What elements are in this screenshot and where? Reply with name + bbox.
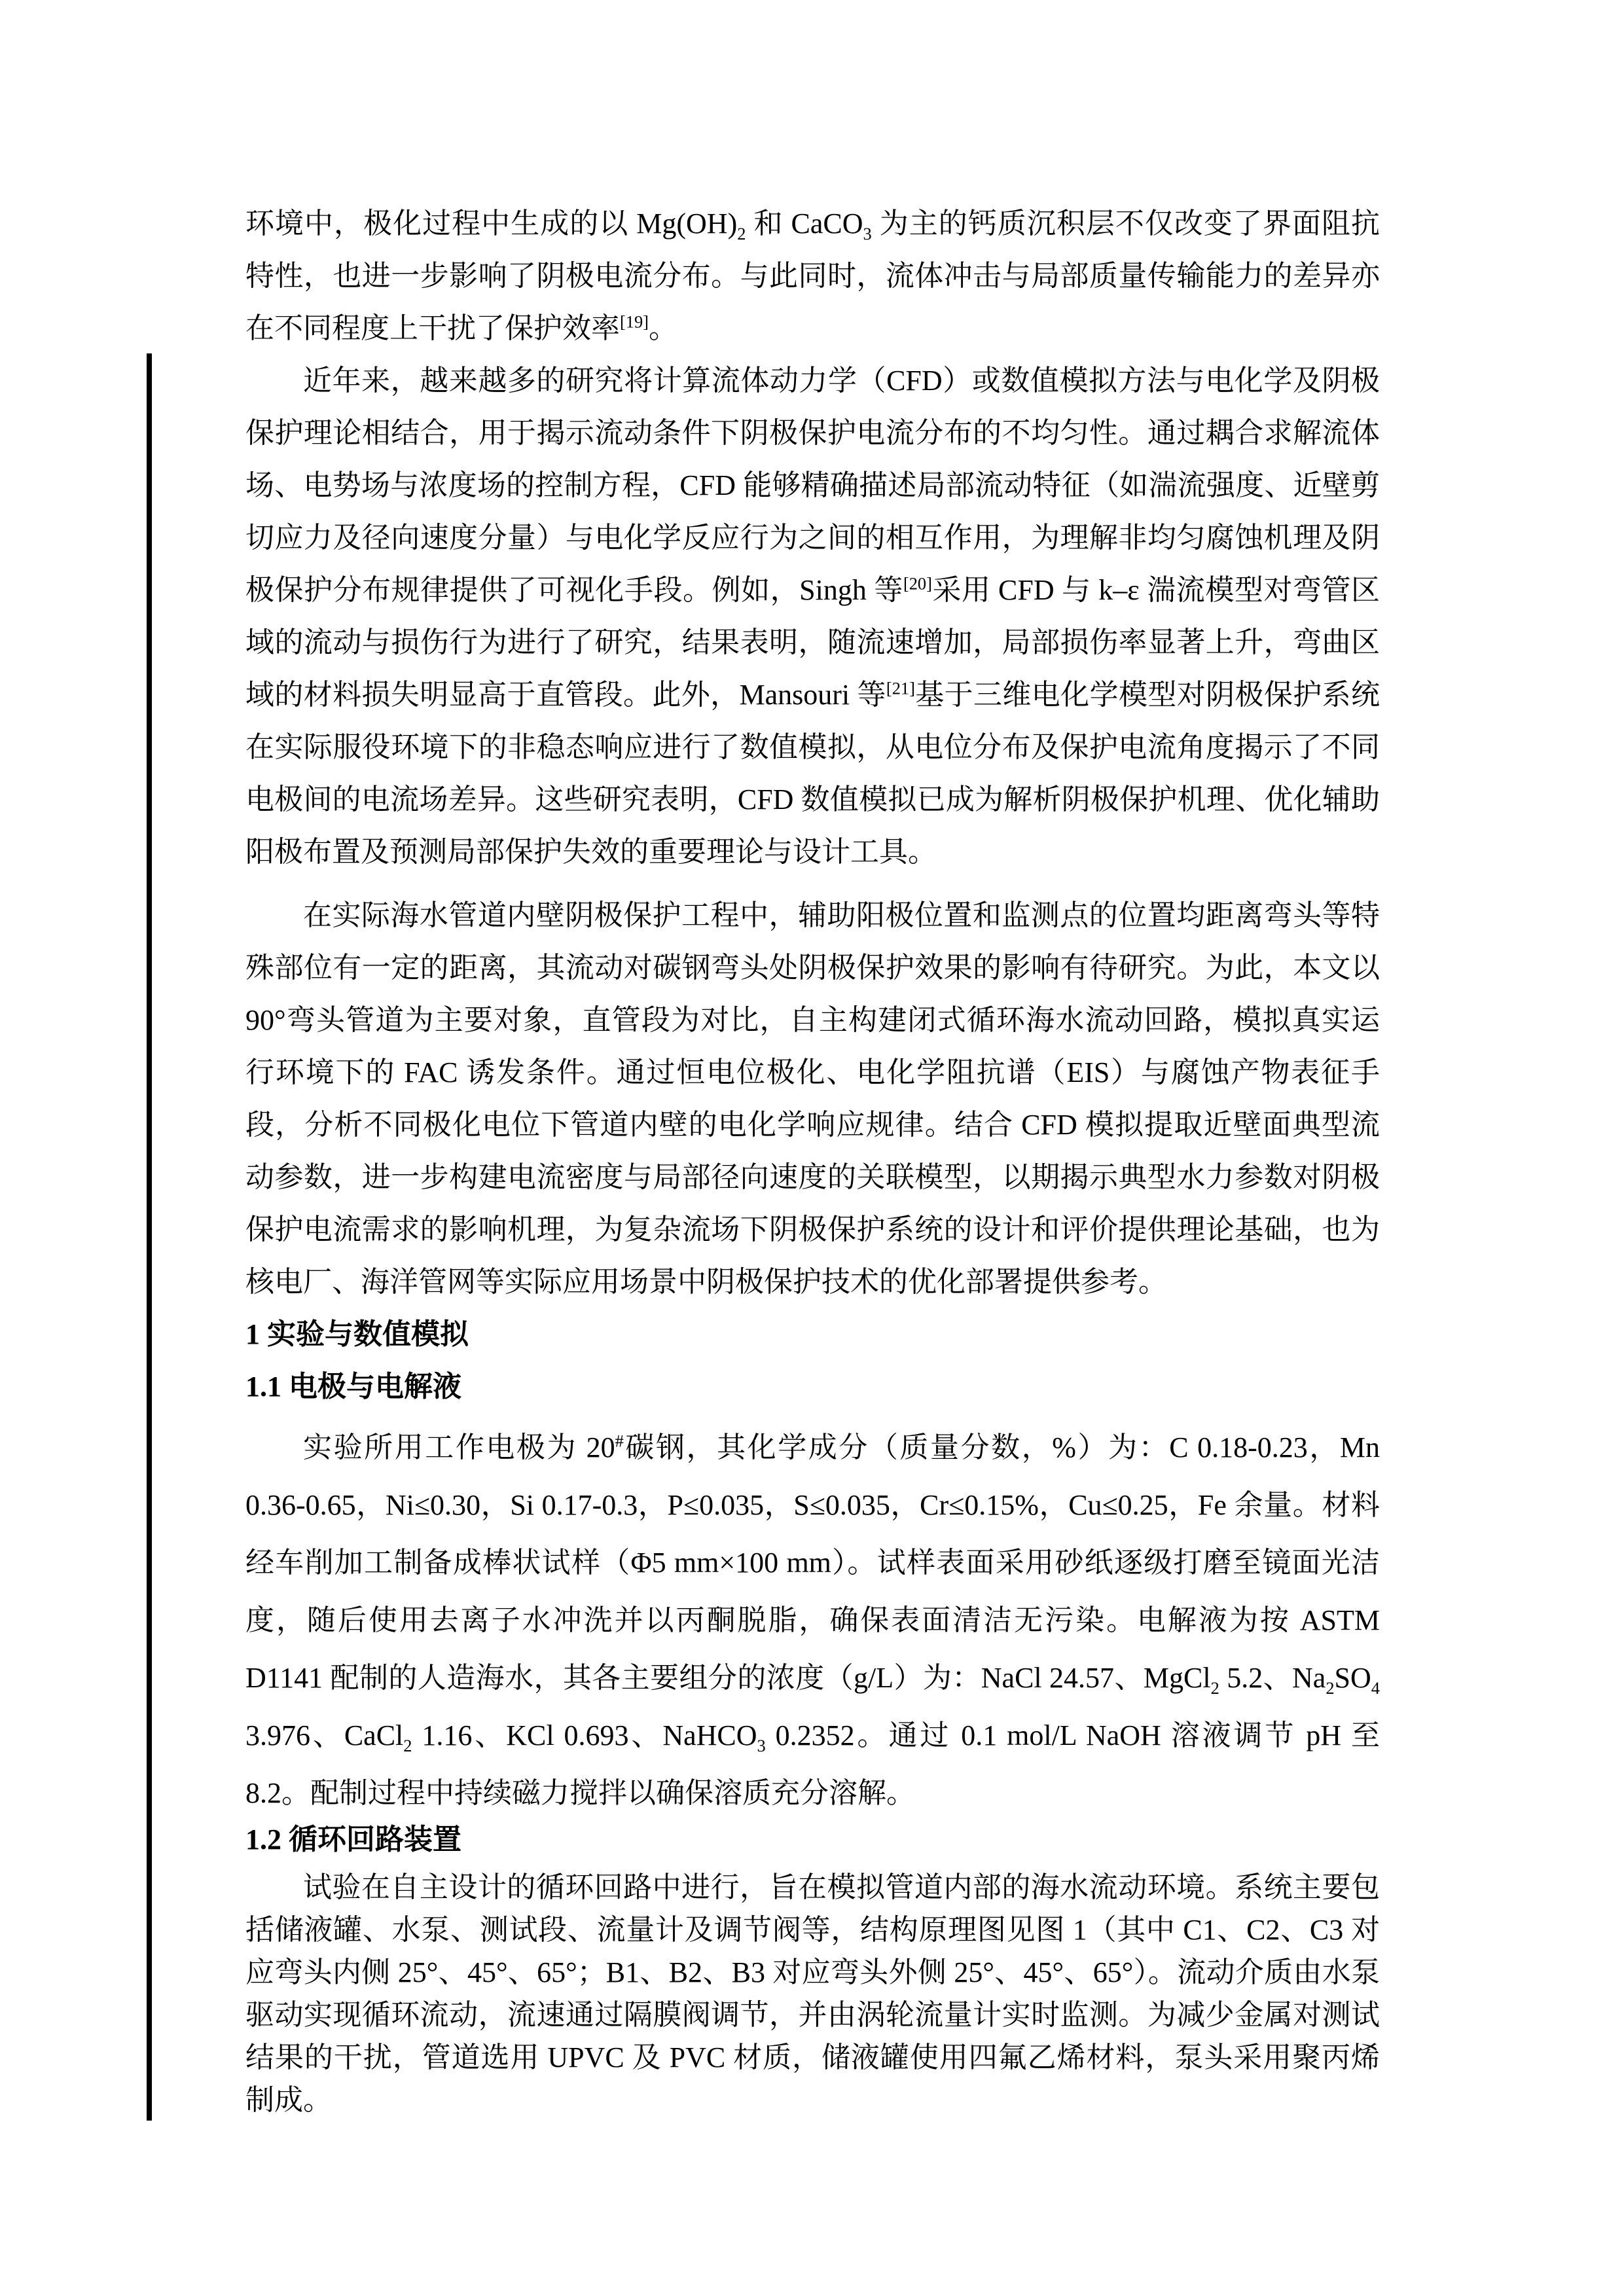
section-heading-h-1-2: 1.2 循环回路装置: [245, 1817, 1380, 1863]
subscript-run: 4: [1371, 1678, 1380, 1698]
superscript-run: [21]: [886, 678, 915, 698]
subscript-run: 3: [757, 1736, 766, 1755]
revision-change-bar: [147, 353, 152, 2121]
text-run: 1.2 循环回路装置: [245, 1823, 461, 1856]
text-run: 1.16、KCl 0.693、NaHCO: [412, 1719, 757, 1751]
text-run: 和 CaCO: [746, 207, 863, 240]
text-run: 实验所用工作电极为 20: [303, 1431, 615, 1463]
superscript-run: #: [615, 1431, 624, 1450]
text-run: 1.1 电极与电解液: [245, 1371, 461, 1403]
manuscript-page: 环境中，极化过程中生成的以 Mg(OH)2 和 CaCO3 为主的钙质沉积层不仅…: [0, 0, 1624, 2296]
text-run: 环境中，极化过程中生成的以 Mg(OH): [245, 207, 737, 240]
subscript-run: 2: [1326, 1678, 1334, 1698]
paragraph-p5: 试验在自主设计的循环回路中进行，旨在模拟管道内部的海水流动环境。系统主要包括储液…: [245, 1866, 1380, 2121]
section-heading-h-1-1: 1.1 电极与电解液: [245, 1361, 1380, 1413]
text-run: 碳钢，其化学成分（质量分数，%）为：C 0.18-0.23，Mn 0.36-0.…: [245, 1431, 1387, 1694]
text-run: 5.2、Na: [1219, 1662, 1326, 1694]
subscript-run: 3: [863, 224, 872, 243]
paragraph-p2: 近年来，越来越多的研究将计算流体动力学（CFD）或数值模拟方法与电化学及阴极保护…: [245, 355, 1380, 878]
text-run: 在实际海水管道内壁阴极保护工程中，辅助阳极位置和监测点的位置均距离弯头等特殊部位…: [245, 899, 1387, 1298]
paragraph-p1: 环境中，极化过程中生成的以 Mg(OH)2 和 CaCO3 为主的钙质沉积层不仅…: [245, 198, 1380, 355]
section-heading-h-1: 1 实验与数值模拟: [245, 1308, 1380, 1361]
document-content: 环境中，极化过程中生成的以 Mg(OH)2 和 CaCO3 为主的钙质沉积层不仅…: [245, 198, 1380, 2121]
superscript-run: [20]: [903, 573, 932, 593]
subscript-run: 2: [737, 224, 746, 243]
text-run: SO: [1335, 1662, 1371, 1694]
text-run: 试验在自主设计的循环回路中进行，旨在模拟管道内部的海水流动环境。系统主要包括储液…: [245, 1871, 1380, 2116]
text-run: 。: [649, 312, 677, 344]
paragraph-p3: 在实际海水管道内壁阴极保护工程中，辅助阳极位置和监测点的位置均距离弯头等特殊部位…: [245, 889, 1380, 1308]
text-run: 1 实验与数值模拟: [245, 1318, 469, 1350]
superscript-run: [19]: [620, 312, 649, 331]
paragraph-p4: 实验所用工作电极为 20#碳钢，其化学成分（质量分数，%）为：C 0.18-0.…: [245, 1419, 1380, 1822]
text-run: 近年来，越来越多的研究将计算流体动力学（CFD）或数值模拟方法与电化学及阴极保护…: [245, 365, 1380, 606]
subscript-run: 2: [1211, 1678, 1219, 1698]
subscript-run: 2: [403, 1736, 412, 1755]
